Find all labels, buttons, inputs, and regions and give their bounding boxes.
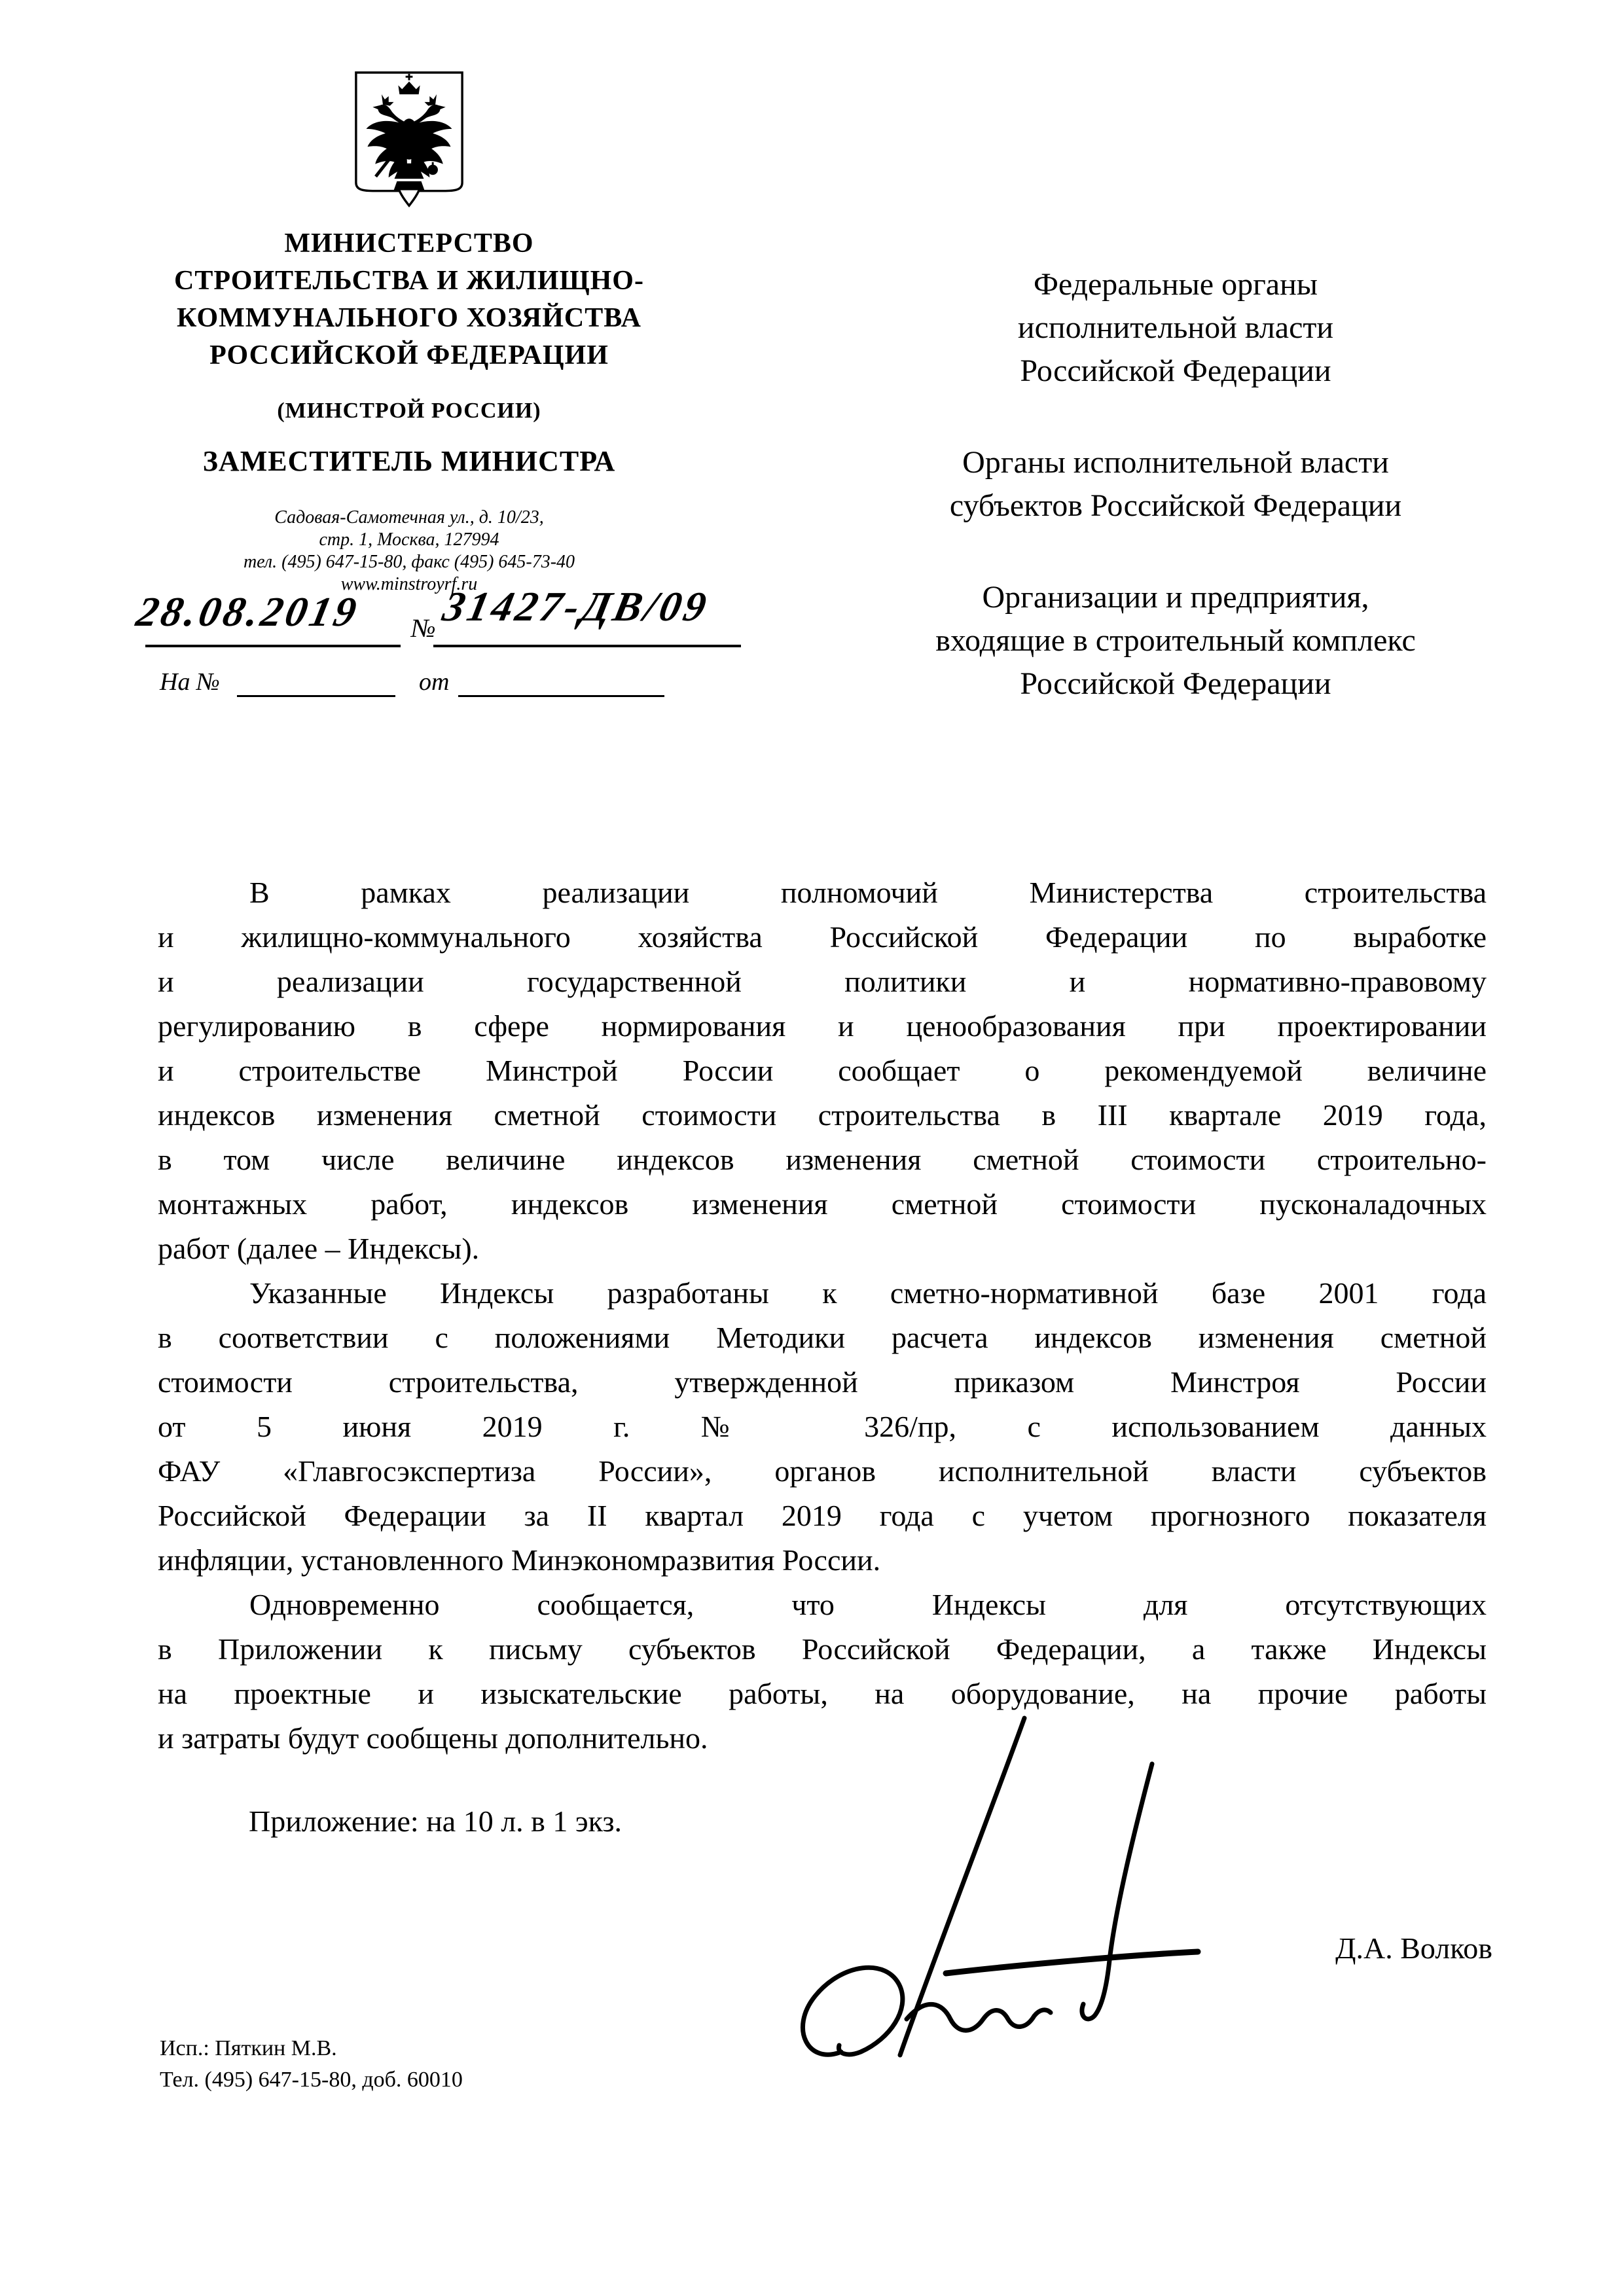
address-line: тел. (495) 647-15-80, факс (495) 645-73-…	[151, 551, 668, 573]
body-line: и жилищно-коммунального хозяйства Россий…	[158, 915, 1487, 960]
body-line: монтажных работ, индексов изменения смет…	[158, 1182, 1487, 1227]
position-title: ЗАМЕСТИТЕЛЬ МИНИСТРА	[151, 445, 668, 478]
body-line: от 5 июня 2019 г. № 326/пр, с использова…	[158, 1405, 1487, 1449]
outgoing-number-handwritten: 31427-ДВ/09	[439, 583, 713, 631]
letter-body: В рамках реализации полномочий Министерс…	[158, 870, 1487, 1761]
body-line: ФАУ «Главгосэкспертиза России», органов …	[158, 1449, 1487, 1494]
addressee-line: Федеральные органы	[877, 263, 1474, 306]
ministry-name: МИНИСТЕРСТВО СТРОИТЕЛЬСТВА И ЖИЛИЩНО- КО…	[151, 225, 668, 374]
address-line: Садовая-Самотечная ул., д. 10/23,	[151, 507, 668, 529]
signer-name: Д.А. Волков	[1165, 1931, 1492, 1965]
addressee-organizations: Организации и предприятия, входящие в ст…	[877, 576, 1474, 706]
reply-from-label: от	[419, 668, 449, 696]
executor-name: Исп.: Пяткин М.В.	[160, 2033, 463, 2064]
russian-coat-of-arms-icon	[348, 69, 470, 209]
reply-number-label: На №	[160, 668, 220, 696]
outgoing-date-handwritten: 28.08.2019	[132, 588, 364, 636]
reply-number-blank	[237, 695, 395, 697]
executor-phone: Тел. (495) 647-15-80, доб. 60010	[160, 2064, 463, 2096]
letterhead: МИНИСТЕРСТВО СТРОИТЕЛЬСТВА И ЖИЛИЩНО- КО…	[151, 69, 668, 596]
body-line: Указанные Индексы разработаны к сметно-н…	[158, 1271, 1487, 1316]
ministry-name-line: КОММУНАЛЬНОГО ХОЗЯЙСТВА	[151, 300, 668, 337]
handwritten-signature	[779, 1689, 1224, 2068]
ministry-short-name: (МИНСТРОЙ РОССИИ)	[151, 397, 668, 425]
body-line: Российской Федерации за II квартал 2019 …	[158, 1494, 1487, 1538]
reply-date-blank	[458, 695, 664, 697]
body-line: регулированию в сфере нормирования и цен…	[158, 1004, 1487, 1049]
body-line: В рамках реализации полномочий Министерс…	[158, 870, 1487, 915]
letter-page: МИНИСТЕРСТВО СТРОИТЕЛЬСТВА И ЖИЛИЩНО- КО…	[0, 0, 1624, 2296]
body-line: Одновременно сообщается, что Индексы для…	[158, 1583, 1487, 1627]
addressees: Федеральные органы исполнительной власти…	[877, 263, 1474, 706]
ministry-name-line: МИНИСТЕРСТВО	[151, 225, 668, 262]
executor-block: Исп.: Пяткин М.В. Тел. (495) 647-15-80, …	[160, 2033, 463, 2096]
addressee-line: исполнительной власти	[877, 306, 1474, 350]
addressee-line: Российской Федерации	[877, 350, 1474, 393]
body-line: работ (далее – Индексы).	[158, 1227, 1487, 1271]
address-line: стр. 1, Москва, 127994	[151, 529, 668, 551]
body-line: стоимости строительства, утвержденной пр…	[158, 1360, 1487, 1405]
body-line: в соответствии с положениями Методики ра…	[158, 1316, 1487, 1360]
body-line: и строительстве Минстрой России сообщает…	[158, 1049, 1487, 1093]
attachment-note: Приложение: на 10 л. в 1 экз.	[249, 1804, 622, 1839]
body-line: в Приложении к письму субъектов Российск…	[158, 1627, 1487, 1672]
body-line: в том числе величине индексов изменения …	[158, 1138, 1487, 1182]
addressee-federal-bodies: Федеральные органы исполнительной власти…	[877, 263, 1474, 393]
addressee-line: субъектов Российской Федерации	[877, 484, 1474, 528]
addressee-line: Организации и предприятия,	[877, 576, 1474, 619]
addressee-line: входящие в строительный комплекс	[877, 619, 1474, 662]
body-line: инфляции, установленного Минэкономразвит…	[158, 1538, 1487, 1583]
date-underline	[145, 645, 401, 647]
ministry-name-line: СТРОИТЕЛЬСТВА И ЖИЛИЩНО-	[151, 262, 668, 300]
addressee-line: Органы исполнительной власти	[877, 441, 1474, 484]
addressee-line: Российской Федерации	[877, 662, 1474, 706]
ministry-name-line: РОССИЙСКОЙ ФЕДЕРАЦИИ	[151, 337, 668, 374]
body-line: индексов изменения сметной стоимости стр…	[158, 1093, 1487, 1138]
body-paragraph: В рамках реализации полномочий Министерс…	[158, 870, 1487, 1271]
body-line: и реализации государственной политики и …	[158, 960, 1487, 1004]
body-paragraph: Указанные Индексы разработаны к сметно-н…	[158, 1271, 1487, 1583]
number-underline	[433, 645, 741, 647]
number-sign: №	[411, 613, 436, 643]
addressee-regional-bodies: Органы исполнительной власти субъектов Р…	[877, 441, 1474, 528]
